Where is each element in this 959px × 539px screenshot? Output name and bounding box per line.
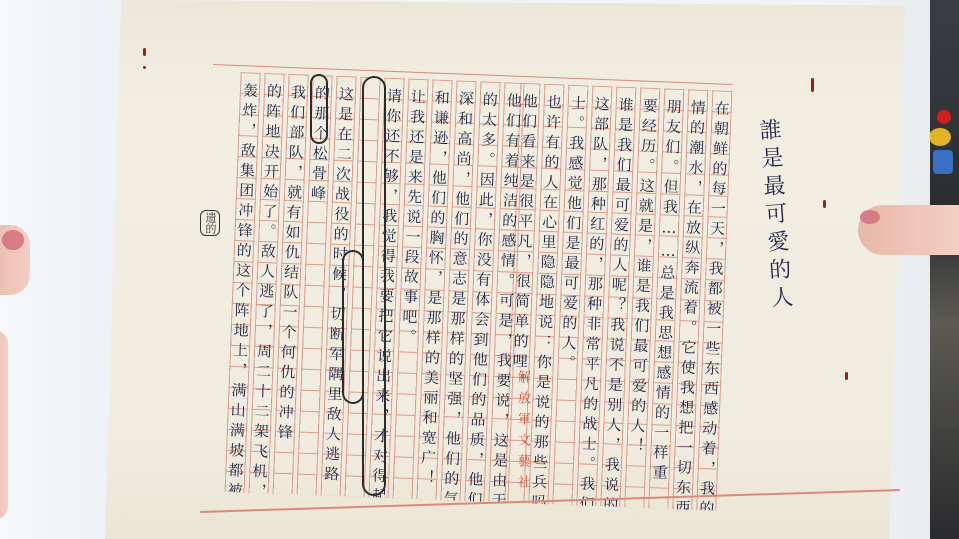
binding-mark [143,48,146,56]
binding-mark [845,372,848,380]
edit-loop-annotation [310,74,328,144]
publisher-stamp: 解放軍文藝社 [512,370,532,496]
left-thumbnail [2,230,24,250]
edit-loop-annotation [362,76,386,496]
toy-blue-figure [933,150,953,174]
right-fingernail [860,210,880,224]
toy-red-ball [937,110,951,124]
binding-mark [143,66,146,69]
left-hand [0,330,8,520]
manuscript-grid: 在朝鲜的每一天，我都被一些东西感动着，我的思想感 情的潮水，在放纵奔流着。它使我… [196,64,732,519]
edit-loop-annotation [342,250,364,404]
binding-mark [823,200,826,208]
binding-mark [811,78,814,92]
margin-note: 遗的 [200,210,220,236]
toy-yellow-figure [929,128,951,146]
